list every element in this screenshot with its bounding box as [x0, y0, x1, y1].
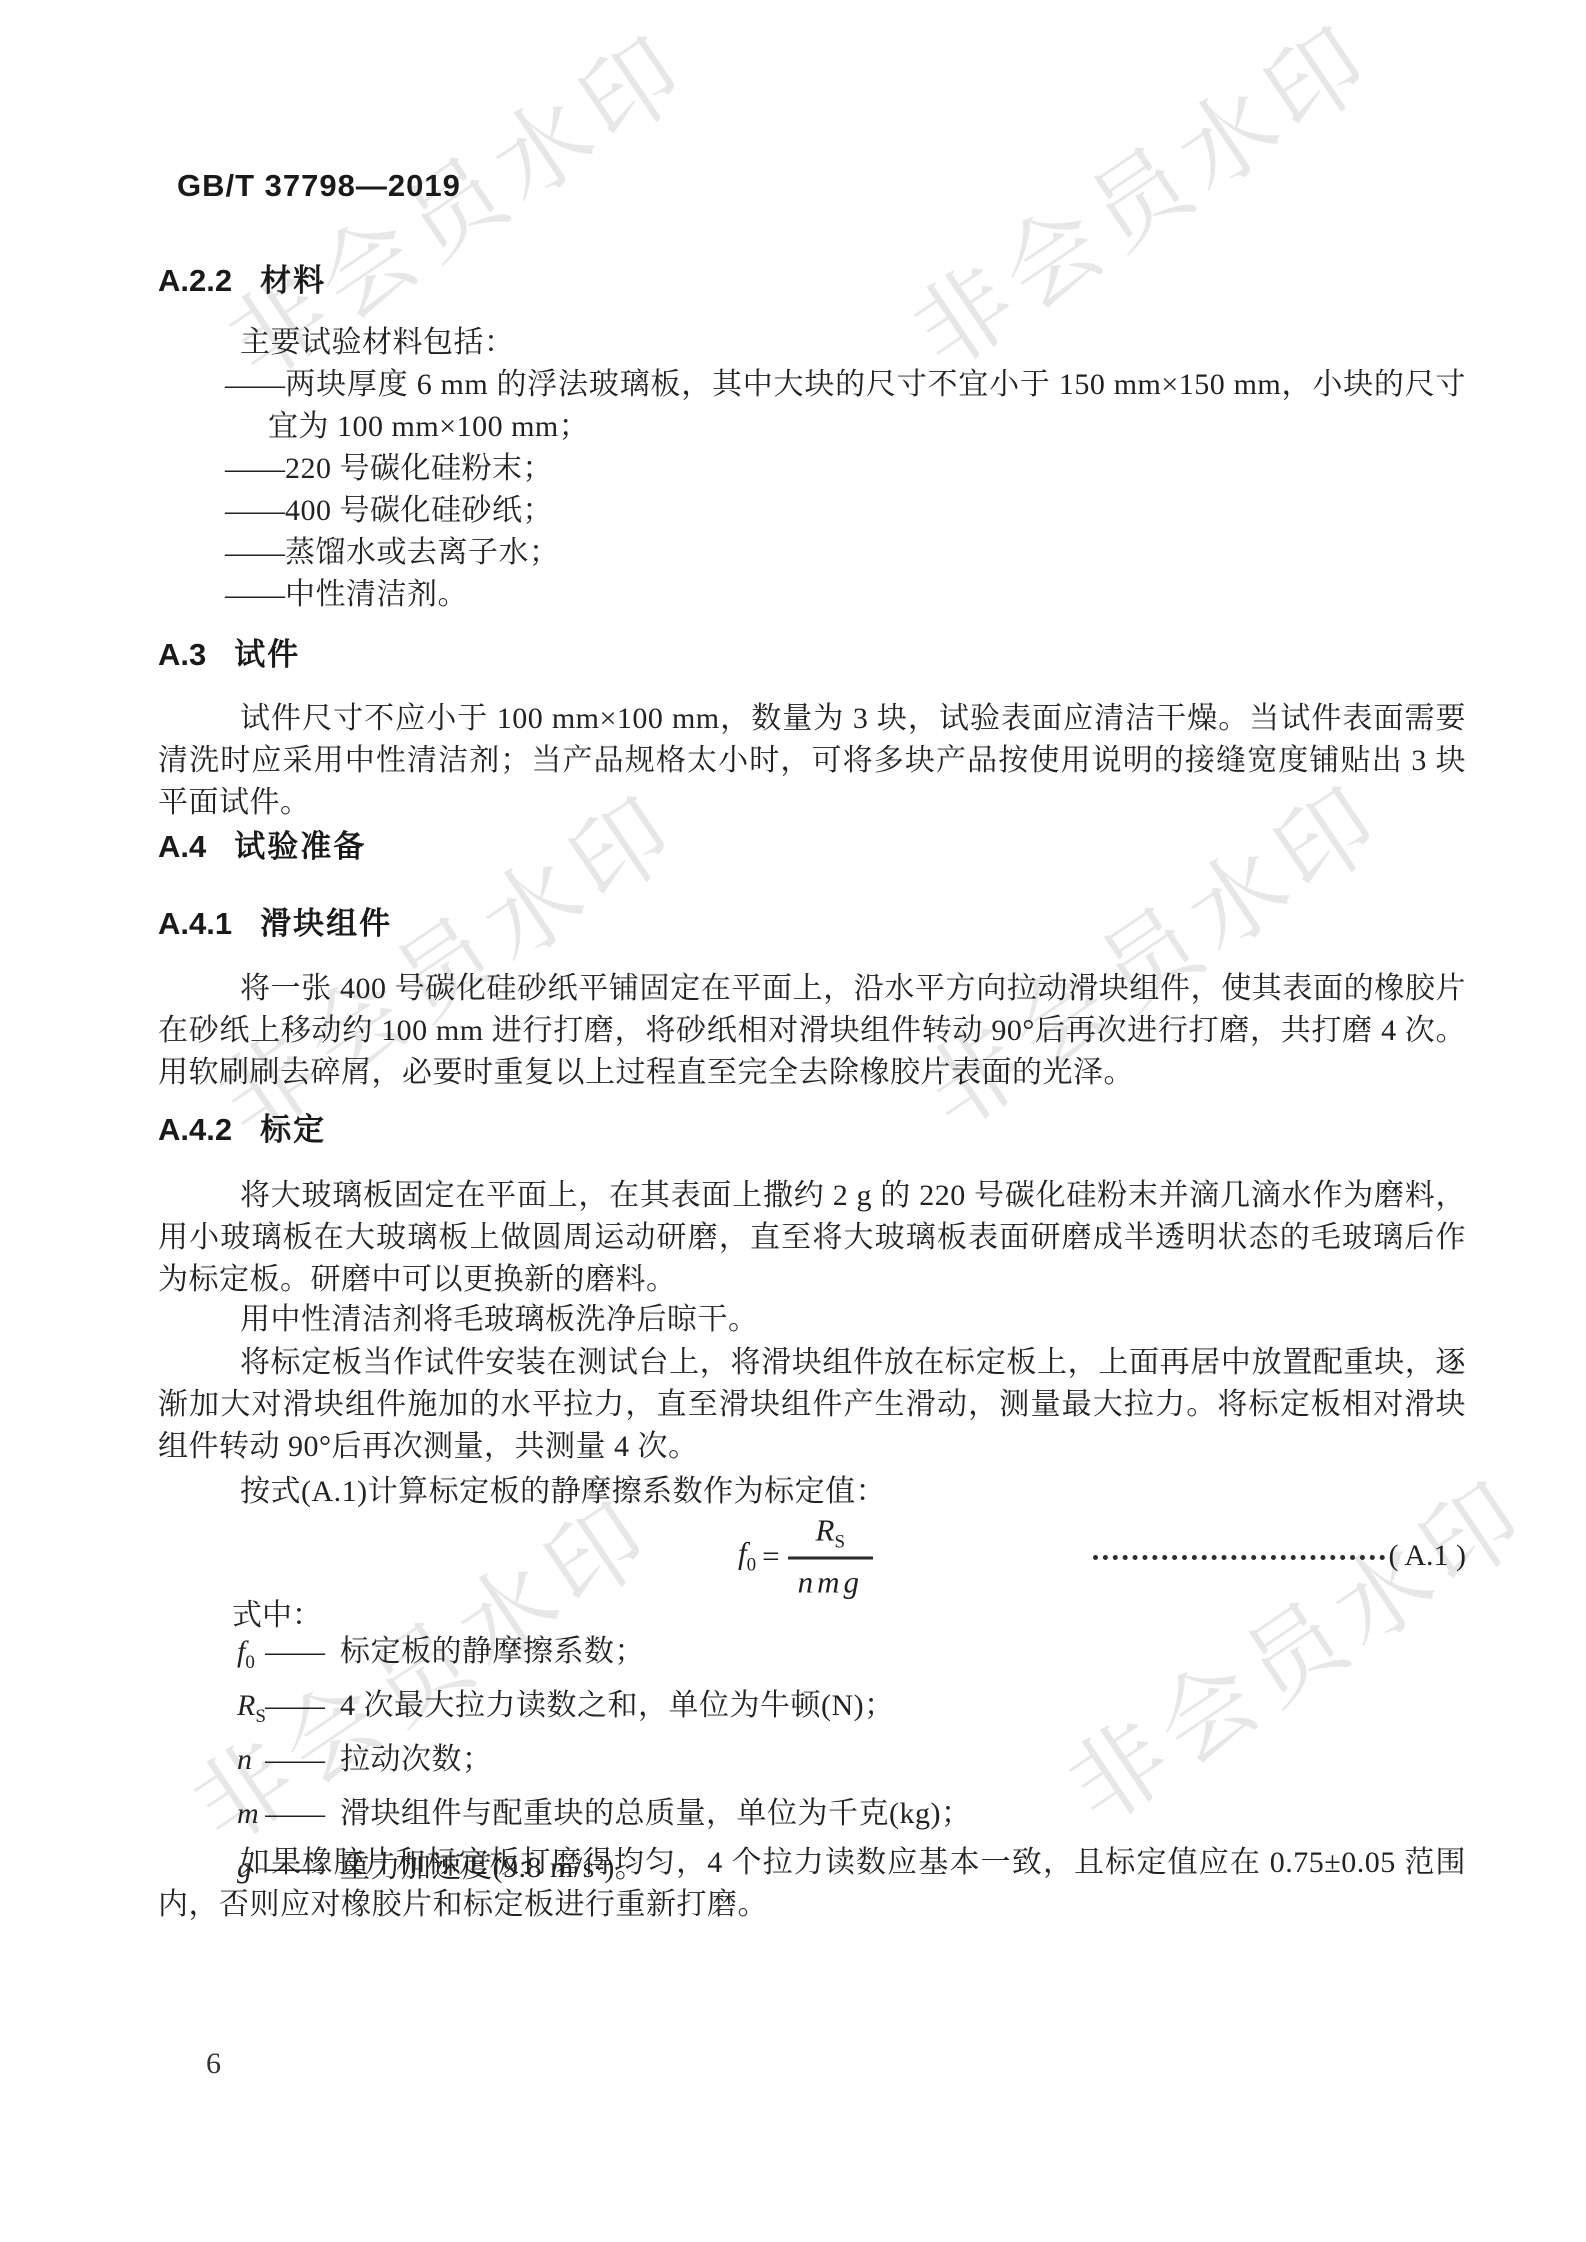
section-heading-a41: A.4.1滑块组件: [158, 902, 1466, 946]
formula-label: ( A.1 ): [1389, 1539, 1467, 1573]
definition-row: n —— 拉动次数；: [158, 1738, 1466, 1792]
section-heading-a3: A.3试件: [158, 633, 1466, 677]
materials-intro: 主要试验材料包括：: [158, 322, 1466, 364]
section-heading-a4: A.4试验准备: [158, 825, 1466, 869]
standard-number: GB/T 37798—2019: [177, 164, 461, 208]
leader-dots: [1093, 1555, 1385, 1560]
symbol: RS: [237, 1684, 265, 1738]
section-heading-a22: A.2.2材料: [158, 259, 1466, 303]
dash-prefix: ——: [265, 1684, 340, 1738]
list-item: ——220 号碳化硅粉末；: [158, 448, 1466, 490]
list-item-text: 两块厚度 6 mm 的浮法玻璃板，其中大块的尺寸不宜小于 150 mm×150 …: [268, 368, 1466, 443]
equals-sign: =: [762, 1538, 779, 1574]
symbol-description: 滑块组件与配重块的总质量，单位为千克(kg)；: [340, 1792, 1466, 1846]
slider-assembly-paragraph: 将一张 400 号碳化硅砂纸平铺固定在平面上，沿水平方向拉动滑块组件，使其表面的…: [158, 968, 1466, 1094]
dash-prefix: ——: [265, 1630, 340, 1684]
dash-prefix: ——: [225, 368, 285, 401]
list-item-text: 蒸馏水或去离子水；: [285, 536, 560, 569]
document-page: 非会员水印 非会员水印 非会员水印 非会员水印 非会员水印 非会员水印 GB/T…: [0, 0, 1586, 2242]
section-title: 滑块组件: [260, 906, 392, 941]
section-heading-a42: A.4.2标定: [158, 1108, 1466, 1152]
fraction-numerator: RS: [804, 1515, 858, 1557]
calibration-paragraph-3: 将标定板当作试件安装在测试台上，将滑块组件放在标定板上，上面再居中放置配重块，逐…: [158, 1342, 1466, 1468]
section-title: 试件: [234, 637, 300, 672]
symbol: f0: [237, 1630, 265, 1684]
list-item: ——两块厚度 6 mm 的浮法玻璃板，其中大块的尺寸不宜小于 150 mm×15…: [158, 364, 1466, 448]
calibration-paragraph-2: 用中性清洁剂将毛玻璃板洗净后晾干。: [158, 1299, 1466, 1341]
list-item: ——中性清洁剂。: [158, 574, 1466, 616]
dash-prefix: ——: [225, 494, 285, 527]
list-item-text: 400 号碳化硅砂纸；: [285, 494, 553, 527]
formula-lhs: f0: [738, 1536, 756, 1577]
specimen-paragraph: 试件尺寸不应小于 100 mm×100 mm，数量为 3 块，试验表面应清洁干燥…: [158, 698, 1466, 824]
list-item: ——蒸馏水或去离子水；: [158, 532, 1466, 574]
dash-prefix: ——: [225, 536, 285, 569]
section-number: A.2.2: [158, 263, 232, 298]
dash-prefix: ——: [265, 1738, 340, 1792]
section-number: A.3: [158, 637, 206, 672]
symbol-description: 标定板的静摩擦系数；: [340, 1630, 1466, 1684]
section-title: 标定: [260, 1112, 326, 1147]
calibration-paragraph-5: 如果橡胶片和标定板打磨得均匀，4 个拉力读数应基本一致，且标定值应在 0.75±…: [158, 1842, 1466, 1926]
section-title: 材料: [260, 263, 326, 298]
section-number: A.4.2: [158, 1112, 232, 1147]
definition-row: f0 —— 标定板的静摩擦系数；: [158, 1630, 1466, 1684]
dash-prefix: ——: [225, 452, 285, 485]
page-content: GB/T 37798—2019 A.2.2材料 主要试验材料包括： ——两块厚度…: [0, 0, 1586, 2242]
formula-reference: ( A.1 ): [1093, 1539, 1467, 1573]
list-item-text: 中性清洁剂。: [285, 578, 468, 611]
page-number: 6: [206, 2043, 221, 2085]
definition-row: m —— 滑块组件与配重块的总质量，单位为千克(kg)；: [158, 1792, 1466, 1846]
symbol: m: [237, 1792, 265, 1846]
list-item: ——400 号碳化硅砂纸；: [158, 490, 1466, 532]
calibration-paragraph-1: 将大玻璃板固定在平面上，在其表面上撒约 2 g 的 220 号碳化硅粉末并滴几滴…: [158, 1175, 1466, 1301]
section-title: 试验准备: [234, 829, 366, 864]
symbol-description: 4 次最大拉力读数之和，单位为牛顿(N)；: [340, 1684, 1466, 1738]
materials-list: ——两块厚度 6 mm 的浮法玻璃板，其中大块的尺寸不宜小于 150 mm×15…: [158, 364, 1466, 616]
formula-fraction: RS nmg: [788, 1515, 873, 1598]
list-item-text: 220 号碳化硅粉末；: [285, 452, 553, 485]
dash-prefix: ——: [265, 1792, 340, 1846]
symbol-description: 拉动次数；: [340, 1738, 1466, 1792]
definition-row: RS —— 4 次最大拉力读数之和，单位为牛顿(N)；: [158, 1684, 1466, 1738]
fraction-denominator: nmg: [788, 1557, 873, 1598]
dash-prefix: ——: [225, 578, 285, 611]
symbol: n: [237, 1738, 265, 1792]
section-number: A.4.1: [158, 906, 232, 941]
section-number: A.4: [158, 829, 206, 864]
formula-equation: f0 = RS nmg: [738, 1515, 873, 1598]
